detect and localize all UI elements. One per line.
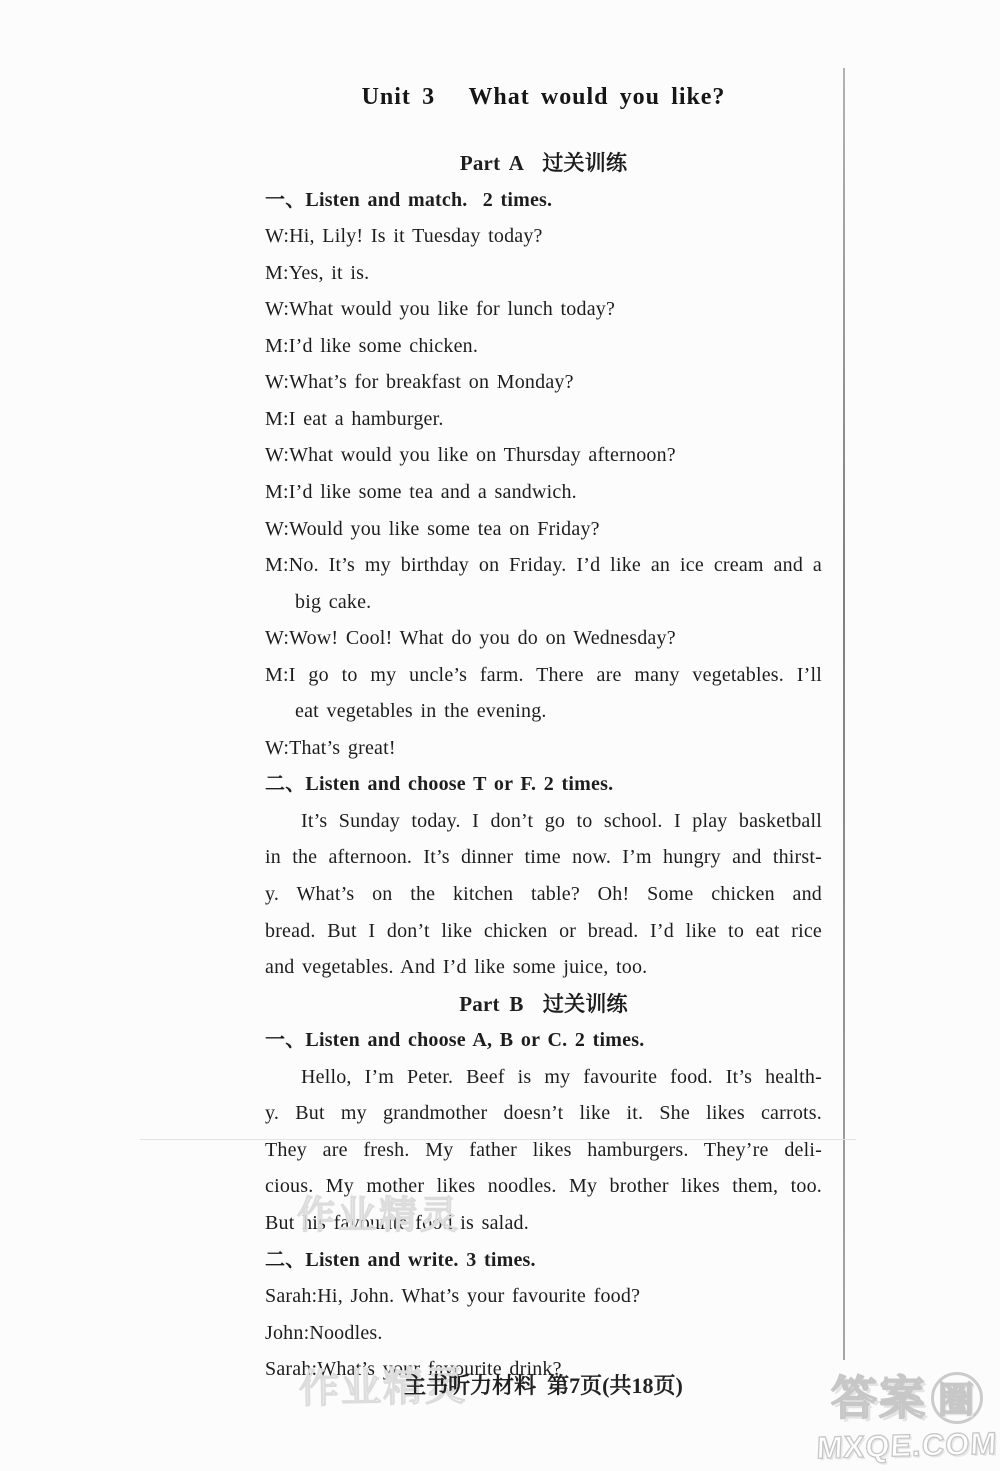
transcript-line: M:I’d like some tea and a sandwich. — [265, 475, 822, 510]
transcript-line: W:Hi, Lily! Is it Tuesday today? — [265, 219, 822, 254]
daanquan-logo: 答案圈 — [812, 1370, 1000, 1426]
transcript-line: y. But my grandmother doesn’t like it. S… — [265, 1096, 822, 1131]
daanquan-logo-circle-char: 圈 — [931, 1372, 983, 1424]
transcript-line: eat vegetables in the evening. — [265, 694, 822, 729]
transcript-line: W:Would you like some tea on Friday? — [265, 512, 822, 547]
transcript-line: y. What’s on the kitchen table? Oh! Some… — [265, 877, 822, 912]
transcript-line: John:Noodles. — [265, 1316, 822, 1351]
transcript-line: Sarah:Hi, John. What’s your favourite fo… — [265, 1279, 822, 1314]
transcript-line: Part A 过关训练 — [265, 146, 822, 181]
transcript-line: M:I go to my uncle’s farm. There are man… — [265, 658, 822, 693]
transcript-line: cious. My mother likes noodles. My broth… — [265, 1169, 822, 1204]
transcript-line: W:What would you like for lunch today? — [265, 292, 822, 327]
page-footer: 主书听力材料 第7页(共18页) — [265, 1372, 822, 1400]
transcript-line: 二、Listen and write. 3 times. — [265, 1243, 822, 1278]
scan-fold-line — [140, 1139, 856, 1140]
transcript-line: W:What would you like on Thursday aftern… — [265, 438, 822, 473]
transcript-line: W:Wow! Cool! What do you do on Wednesday… — [265, 621, 822, 656]
transcript-line: bread. But I don’t like chicken or bread… — [265, 914, 822, 949]
transcript-line: M:Yes, it is. — [265, 256, 822, 291]
answer-site-watermark: 答案圈 MXQE.COM — [812, 1370, 1000, 1464]
mxqe-site-text: MXQE.COM — [811, 1426, 1000, 1467]
transcript-line: 一、Listen and choose A, B or C. 2 times. — [265, 1023, 822, 1058]
scanned-workbook-page: Unit 3 What would you like? Part A 过关训练一… — [0, 0, 1000, 1471]
transcript-line: 一、Listen and match. 2 times. — [265, 183, 822, 218]
transcript-line: Hello, I’m Peter. Beef is my favourite f… — [265, 1060, 822, 1095]
transcript-line: W:What’s for breakfast on Monday? — [265, 365, 822, 400]
transcript-line: 二、Listen and choose T or F. 2 times. — [265, 767, 822, 802]
transcript-line: and vegetables. And I’d like some juice,… — [265, 950, 822, 985]
transcript-line: Part B 过关训练 — [265, 987, 822, 1022]
transcript-line: M:I’d like some chicken. — [265, 329, 822, 364]
daanquan-logo-text: 答案 — [831, 1370, 927, 1426]
transcript-line: big cake. — [265, 585, 822, 620]
transcript-line: But his favourite food is salad. — [265, 1206, 822, 1241]
transcript-line: W:That’s great! — [265, 731, 822, 766]
transcript-line: M:I eat a hamburger. — [265, 402, 822, 437]
transcript-line: in the afternoon. It’s dinner time now. … — [265, 840, 822, 875]
unit-title: Unit 3 What would you like? — [265, 82, 822, 112]
page-border-line — [843, 68, 845, 1360]
transcript-line: M:No. It’s my birthday on Friday. I’d li… — [265, 548, 822, 583]
transcript-line: It’s Sunday today. I don’t go to school.… — [265, 804, 822, 839]
